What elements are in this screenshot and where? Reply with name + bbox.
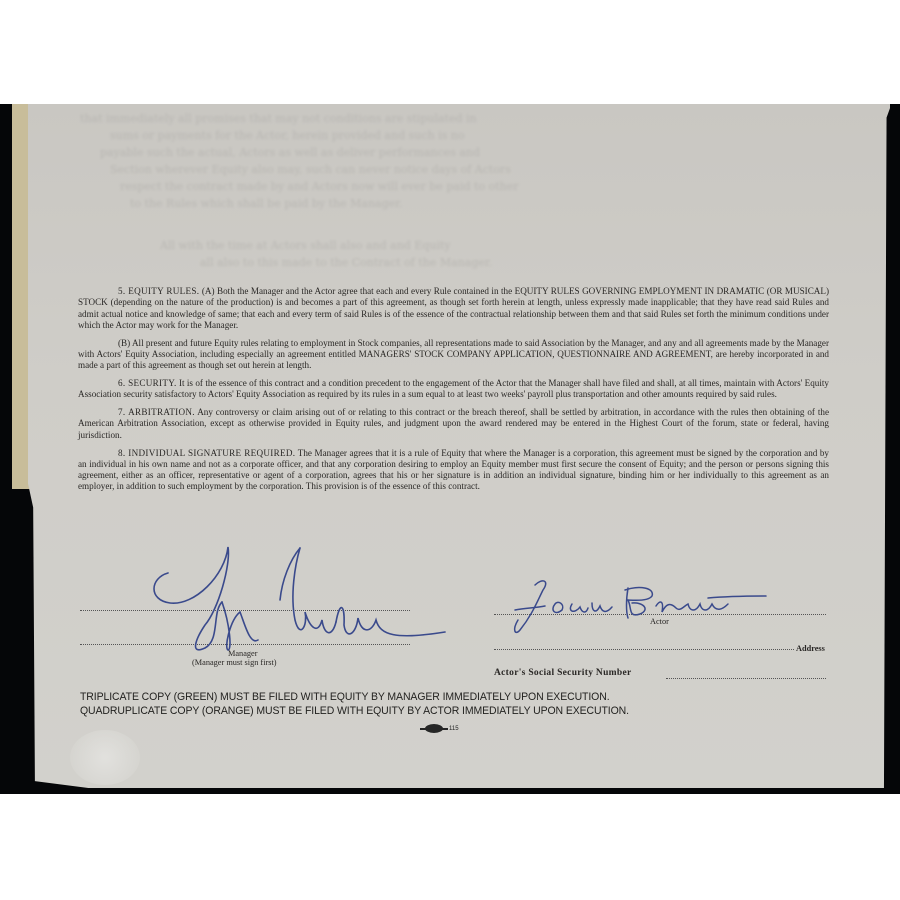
footer-line-1: TRIPLICATE COPY (GREEN) MUST BE FILED WI…: [80, 690, 770, 704]
manager-note: (Manager must sign first): [192, 658, 277, 667]
bleed-line: respect the contract made by and Actors …: [80, 178, 800, 195]
clause-6-security: 6. SECURITY. It is of the essence of thi…: [78, 378, 829, 401]
actor-label: Actor: [650, 617, 669, 626]
address-line[interactable]: [494, 649, 794, 650]
bleed-line: Section wherever Equity also may, such c…: [80, 161, 800, 178]
bleed-line: [80, 212, 800, 229]
union-label-number: 115: [449, 726, 459, 732]
manager-label: Manager: [228, 649, 258, 658]
manager-signature-line-1[interactable]: [80, 610, 410, 611]
manager-signature-line-2[interactable]: [80, 644, 410, 645]
clause-5b: (B) All present and future Equity rules …: [78, 338, 829, 372]
clause-5-equity-rules: 5. EQUITY RULES. (A) Both the Manager an…: [78, 286, 829, 331]
photo-glare: [70, 730, 140, 785]
union-label: 115: [425, 724, 459, 733]
bleed-line: payable such the actual, Actors as well …: [80, 144, 800, 161]
bleed-line: to the Rules which shall be paid by the …: [80, 195, 800, 212]
filing-instructions: TRIPLICATE COPY (GREEN) MUST BE FILED WI…: [80, 690, 770, 718]
bleed-line: all also to this made to the Contract of…: [80, 254, 800, 271]
clause-8-individual-signature: 8. INDIVIDUAL SIGNATURE REQUIRED. The Ma…: [78, 448, 829, 493]
clause-text: All present and future Equity rules rela…: [78, 338, 829, 371]
address-label: Address: [796, 644, 825, 653]
clause-heading: 8. INDIVIDUAL SIGNATURE REQUIRED.: [118, 448, 295, 458]
ssn-label: Actor's Social Security Number: [494, 668, 632, 678]
clause-heading: 5. EQUITY RULES.: [118, 286, 199, 296]
clause-heading: 7. ARBITRATION.: [118, 407, 195, 417]
clause-heading: (B): [118, 338, 130, 348]
bleed-line: All with the time at Actors shall also a…: [80, 237, 800, 254]
contract-clauses: 5. EQUITY RULES. (A) Both the Manager an…: [78, 286, 829, 499]
union-bug-icon: [425, 724, 443, 733]
clause-7-arbitration: 7. ARBITRATION. Any controversy or claim…: [78, 407, 829, 441]
clause-text: It is of the essence of this contract an…: [78, 378, 829, 399]
bleed-line: sums or payments for the Actor, herein p…: [80, 127, 800, 144]
bleed-through-text: that immediately all promises that may n…: [80, 110, 800, 260]
footer-line-2: QUADRUPLICATE COPY (ORANGE) MUST BE FILE…: [80, 704, 770, 718]
ssn-field[interactable]: [666, 678, 826, 679]
clause-heading: 6. SECURITY.: [118, 378, 177, 388]
actor-signature-line[interactable]: [494, 614, 826, 615]
bleed-line: that immediately all promises that may n…: [80, 110, 800, 127]
